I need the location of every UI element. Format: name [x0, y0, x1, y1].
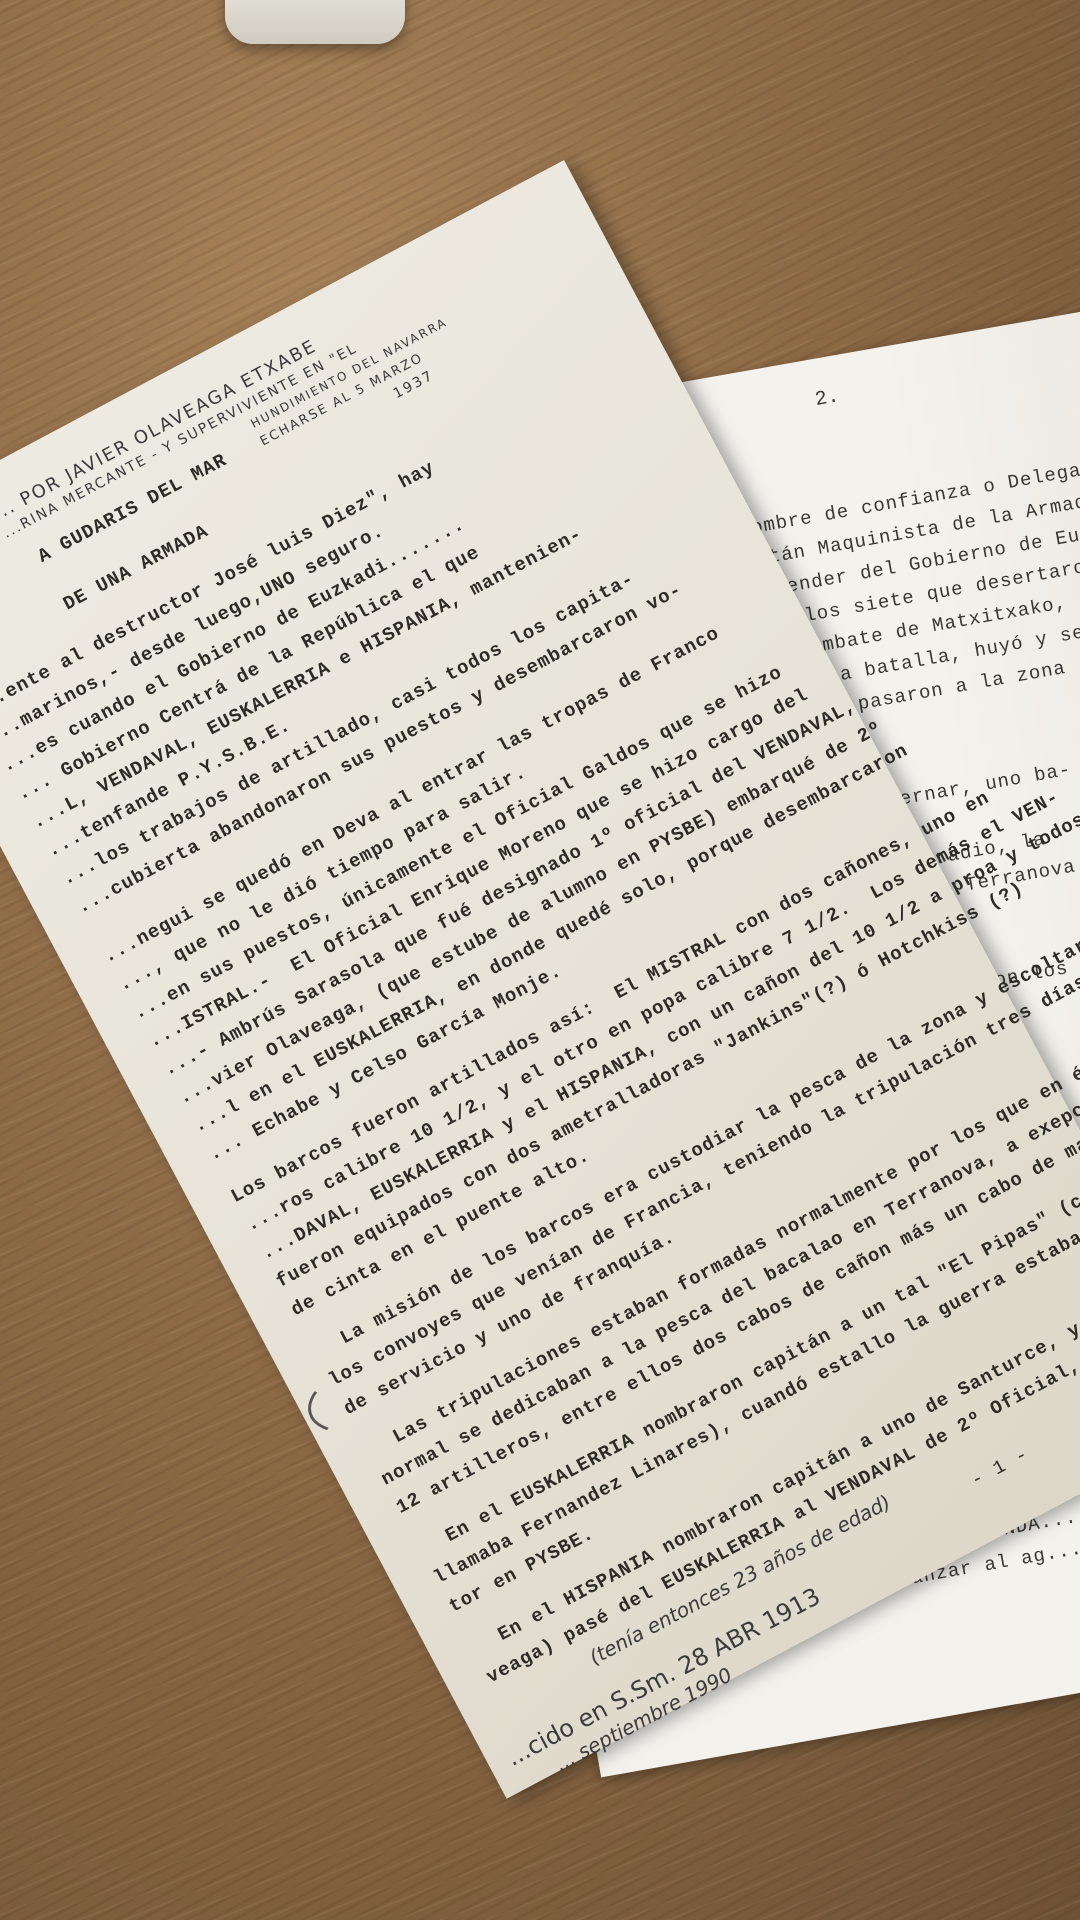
handwritten-subtitle: ...RINA MERCANTE - Y SUPERVIVIENTE EN "E… [1, 340, 361, 541]
page-number: 2. [813, 385, 841, 412]
mug [225, 0, 405, 44]
